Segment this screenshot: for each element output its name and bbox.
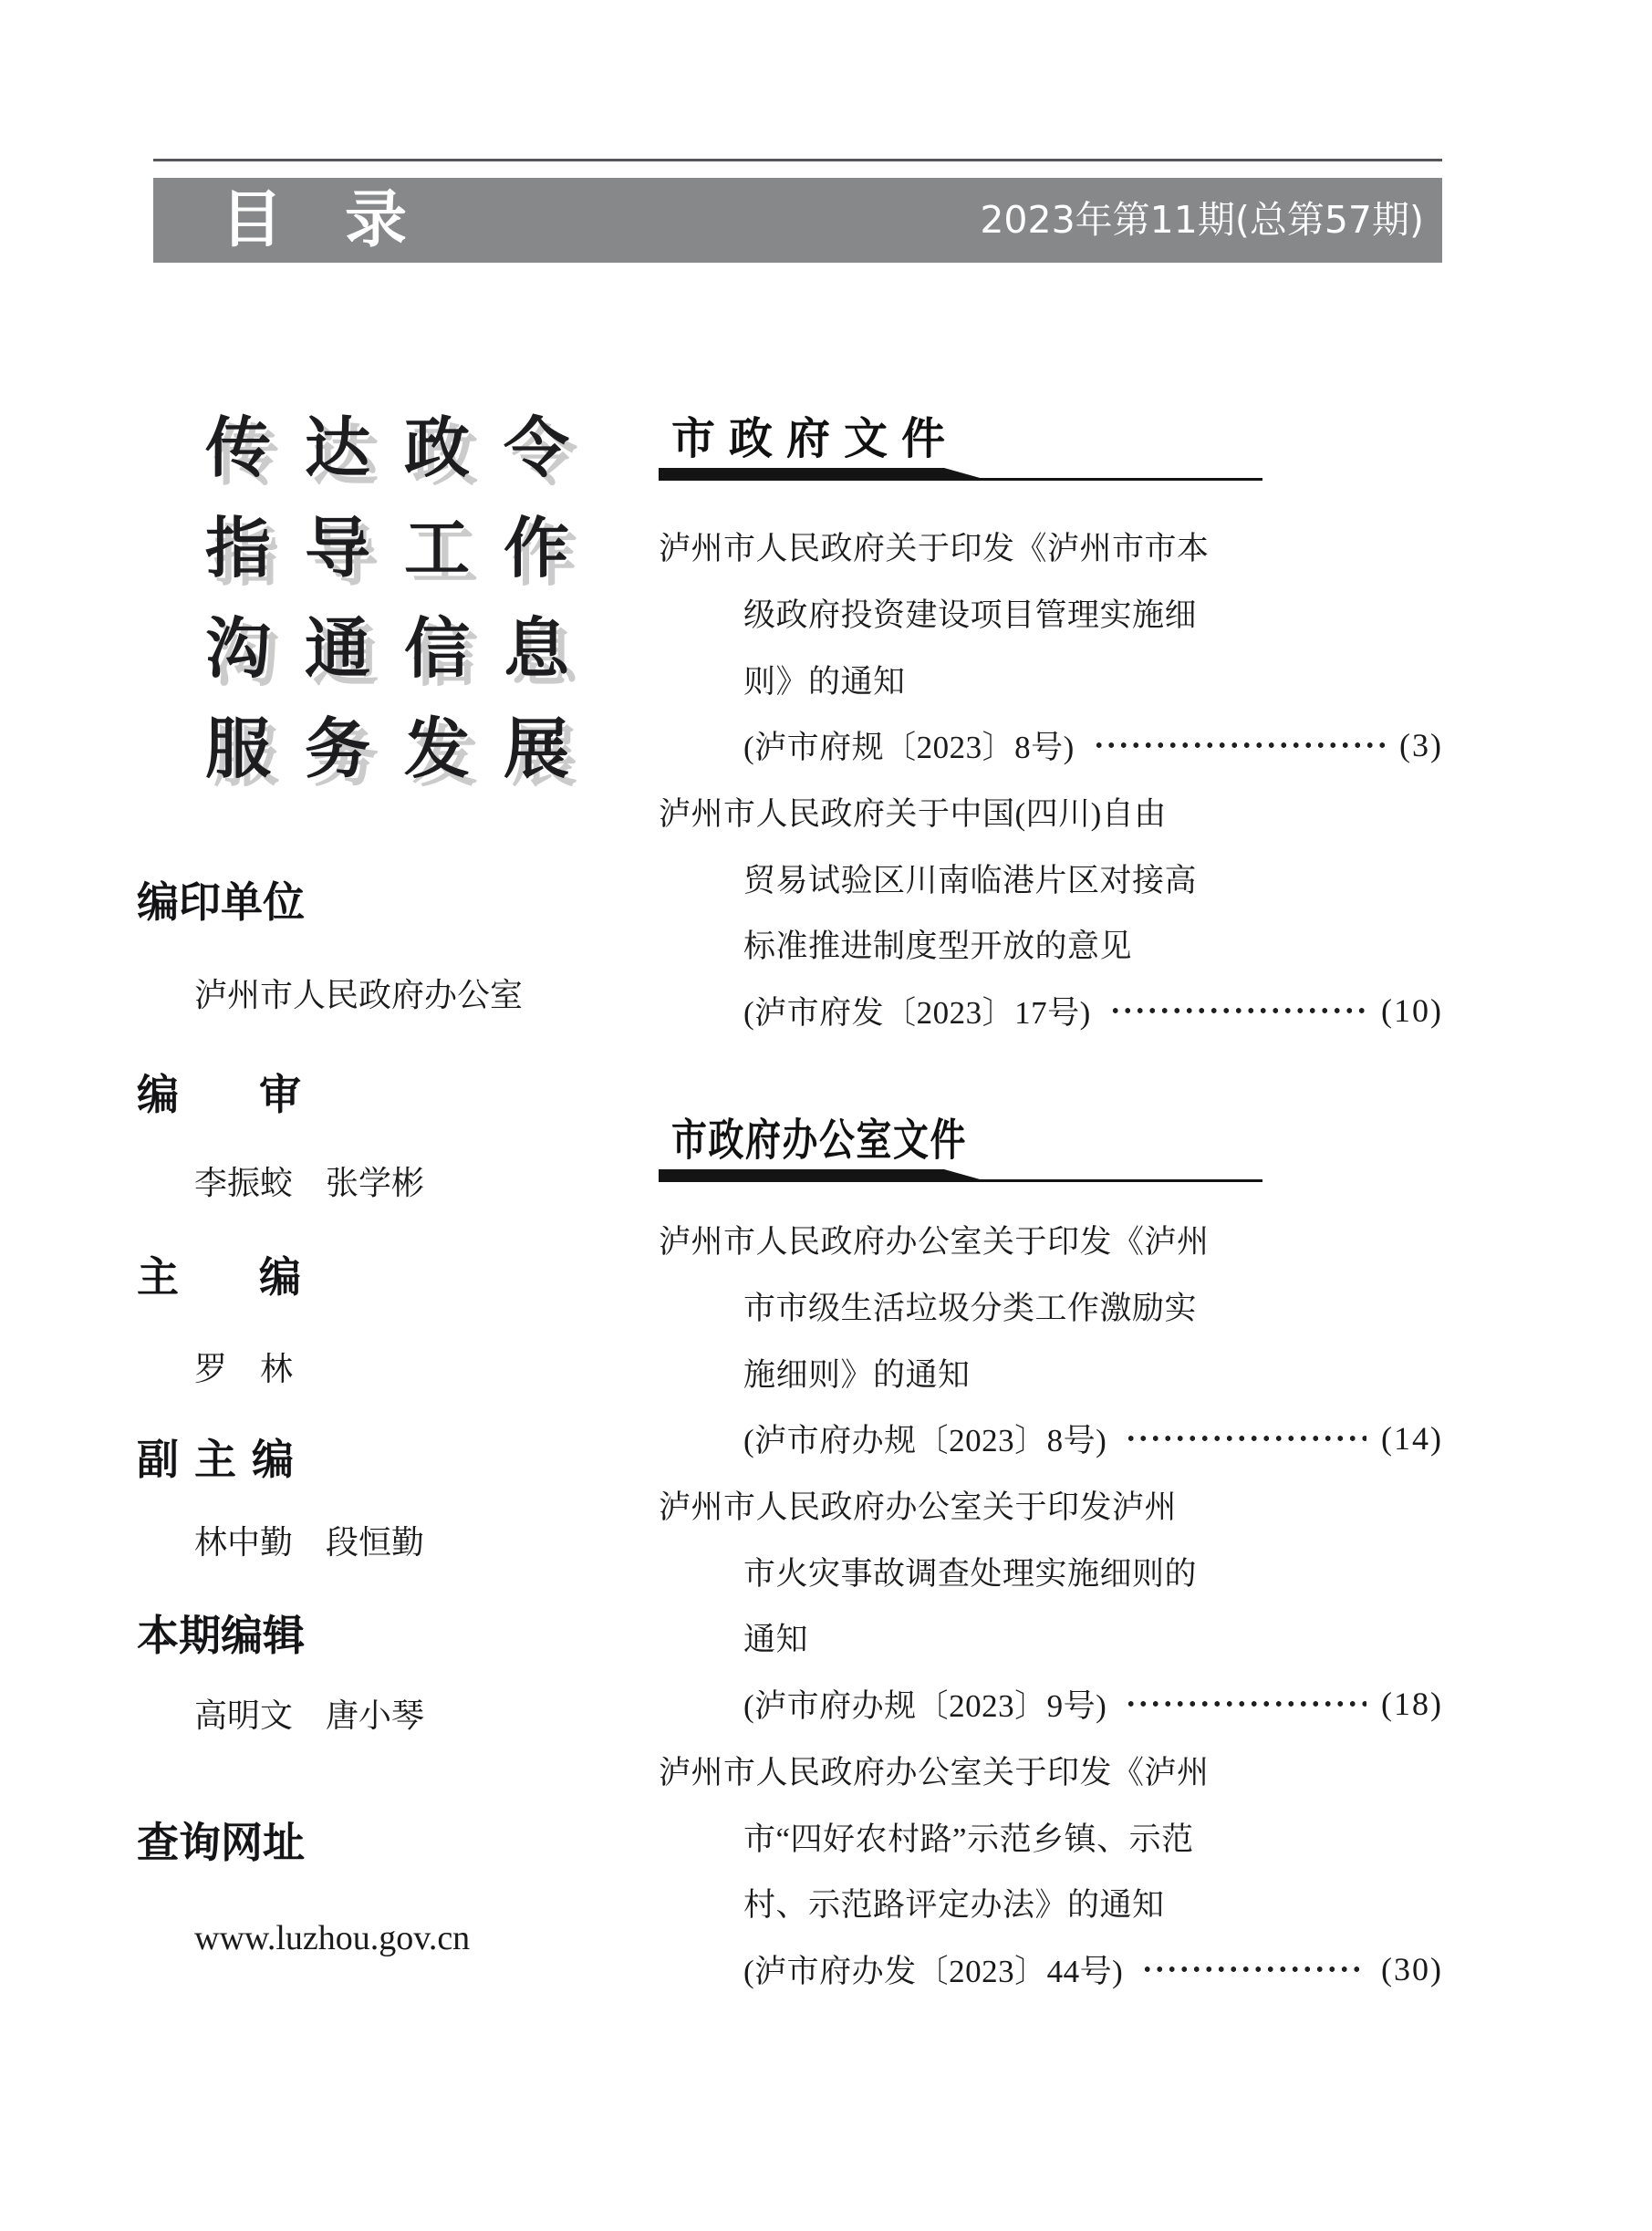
toc-entry-line: 市市级生活垃圾分类工作激励实 bbox=[659, 1273, 1443, 1340]
toc-entry-line: 级政府投资建设项目管理实施细 bbox=[659, 580, 1443, 647]
toc-entry-leader-row: (泸市府规〔2023〕8号) (3) bbox=[659, 712, 1443, 779]
dotted-leader bbox=[1093, 742, 1385, 748]
masthead-label-deputy-editor: 副主编 bbox=[137, 1437, 309, 1481]
toc-entry-line: 泸州市人民政府关于印发《泸州市市本 bbox=[659, 514, 1443, 580]
page-number: (18) bbox=[1381, 1685, 1443, 1723]
section-underline-pennant bbox=[659, 1169, 1262, 1185]
section-underline-pennant bbox=[659, 468, 1262, 483]
section-entries: 泸州市人民政府关于印发《泸州市市本 级政府投资建设项目管理实施细 则》的通知 (… bbox=[659, 514, 1443, 1044]
dotted-leader bbox=[1125, 1436, 1366, 1441]
masthead-value-deputy-editor: 林中勤 段恒勤 bbox=[194, 1525, 424, 1562]
toc-entry-line: 泸州市人民政府办公室关于印发泸州 bbox=[659, 1472, 1443, 1539]
toc-column: 市政府文件 泸州市人民政府关于印发《泸州市市本 级政府投资建设项目管理实施细 则… bbox=[659, 0, 1443, 2231]
dotted-leader bbox=[1109, 1008, 1366, 1013]
toc-entry-line: 泸州市人民政府关于中国(四川)自由 bbox=[659, 779, 1443, 846]
section-title-gov-office-documents: 市政府办公室文件 bbox=[671, 1117, 967, 1163]
section-entries: 泸州市人民政府办公室关于印发《泸州 市市级生活垃圾分类工作激励实 施细则》的通知… bbox=[659, 1207, 1443, 2002]
toc-entry-line: 市“四好农村路”示范乡镇、示范 bbox=[659, 1803, 1443, 1870]
doc-number: (泸市府办规〔2023〕9号) bbox=[743, 1681, 1107, 1727]
dotted-leader bbox=[1125, 1701, 1366, 1707]
toc-entry-line: 则》的通知 bbox=[659, 646, 1443, 712]
masthead-value-chief-editor: 罗 林 bbox=[194, 1352, 293, 1388]
doc-number: (泸市府发〔2023〕17号) bbox=[743, 988, 1091, 1033]
toc-entry-line: 泸州市人民政府办公室关于印发《泸州 bbox=[659, 1207, 1443, 1273]
toc-entry-line: 贸易试验区川南临港片区对接高 bbox=[659, 845, 1443, 911]
toc-entry-leader-row: (泸市府发〔2023〕17号) (10) bbox=[659, 978, 1443, 1044]
toc-entry-leader-row: (泸市府办规〔2023〕9号) (18) bbox=[659, 1671, 1443, 1738]
toc-entry-line: 市火灾事故调查处理实施细则的 bbox=[659, 1538, 1443, 1604]
masthead-label-website: 查询网址 bbox=[137, 1821, 305, 1864]
toc-entry-line: 村、示范路评定办法》的通知 bbox=[659, 1870, 1443, 1936]
toc-entry-line: 标准推进制度型开放的意见 bbox=[659, 911, 1443, 978]
doc-number: (泸市府办规〔2023〕8号) bbox=[743, 1416, 1107, 1461]
masthead-value-website: www.luzhou.gov.cn bbox=[194, 1920, 470, 1958]
toc-entry-leader-row: (泸市府办规〔2023〕8号) (14) bbox=[659, 1406, 1443, 1472]
toc-entry-leader-row: (泸市府办发〔2023〕44号) (30) bbox=[659, 1936, 1443, 2003]
masthead-value-issue-editor: 高明文 唐小琴 bbox=[194, 1698, 424, 1735]
doc-number: (泸市府规〔2023〕8号) bbox=[743, 722, 1075, 768]
masthead-value-reviewer: 李振蛟 张学彬 bbox=[194, 1166, 424, 1202]
section-title-gov-documents: 市政府文件 bbox=[671, 416, 959, 462]
toc-entry-line: 泸州市人民政府办公室关于印发《泸州 bbox=[659, 1738, 1443, 1804]
doc-number: (泸市府办发〔2023〕44号) bbox=[743, 1946, 1123, 1992]
toc-entry-line: 通知 bbox=[659, 1604, 1443, 1671]
page-number: (30) bbox=[1381, 1950, 1443, 1988]
page-number: (10) bbox=[1381, 991, 1443, 1030]
masthead-label-publisher: 编印单位 bbox=[137, 880, 305, 924]
toc-entry-line: 施细则》的通知 bbox=[659, 1339, 1443, 1406]
masthead: 编印单位 泸州市人民政府办公室 编审 李振蛟 张学彬 主编 罗 林 副主编 林中… bbox=[137, 0, 611, 2231]
dotted-leader bbox=[1141, 1966, 1366, 1972]
masthead-label-chief-editor: 主编 bbox=[137, 1255, 381, 1299]
page-number: (3) bbox=[1399, 726, 1443, 764]
masthead-label-issue-editor: 本期编辑 bbox=[137, 1614, 305, 1657]
masthead-value-publisher: 泸州市人民政府办公室 bbox=[194, 978, 523, 1014]
page-number: (14) bbox=[1381, 1419, 1443, 1458]
masthead-label-reviewer: 编审 bbox=[137, 1073, 381, 1116]
